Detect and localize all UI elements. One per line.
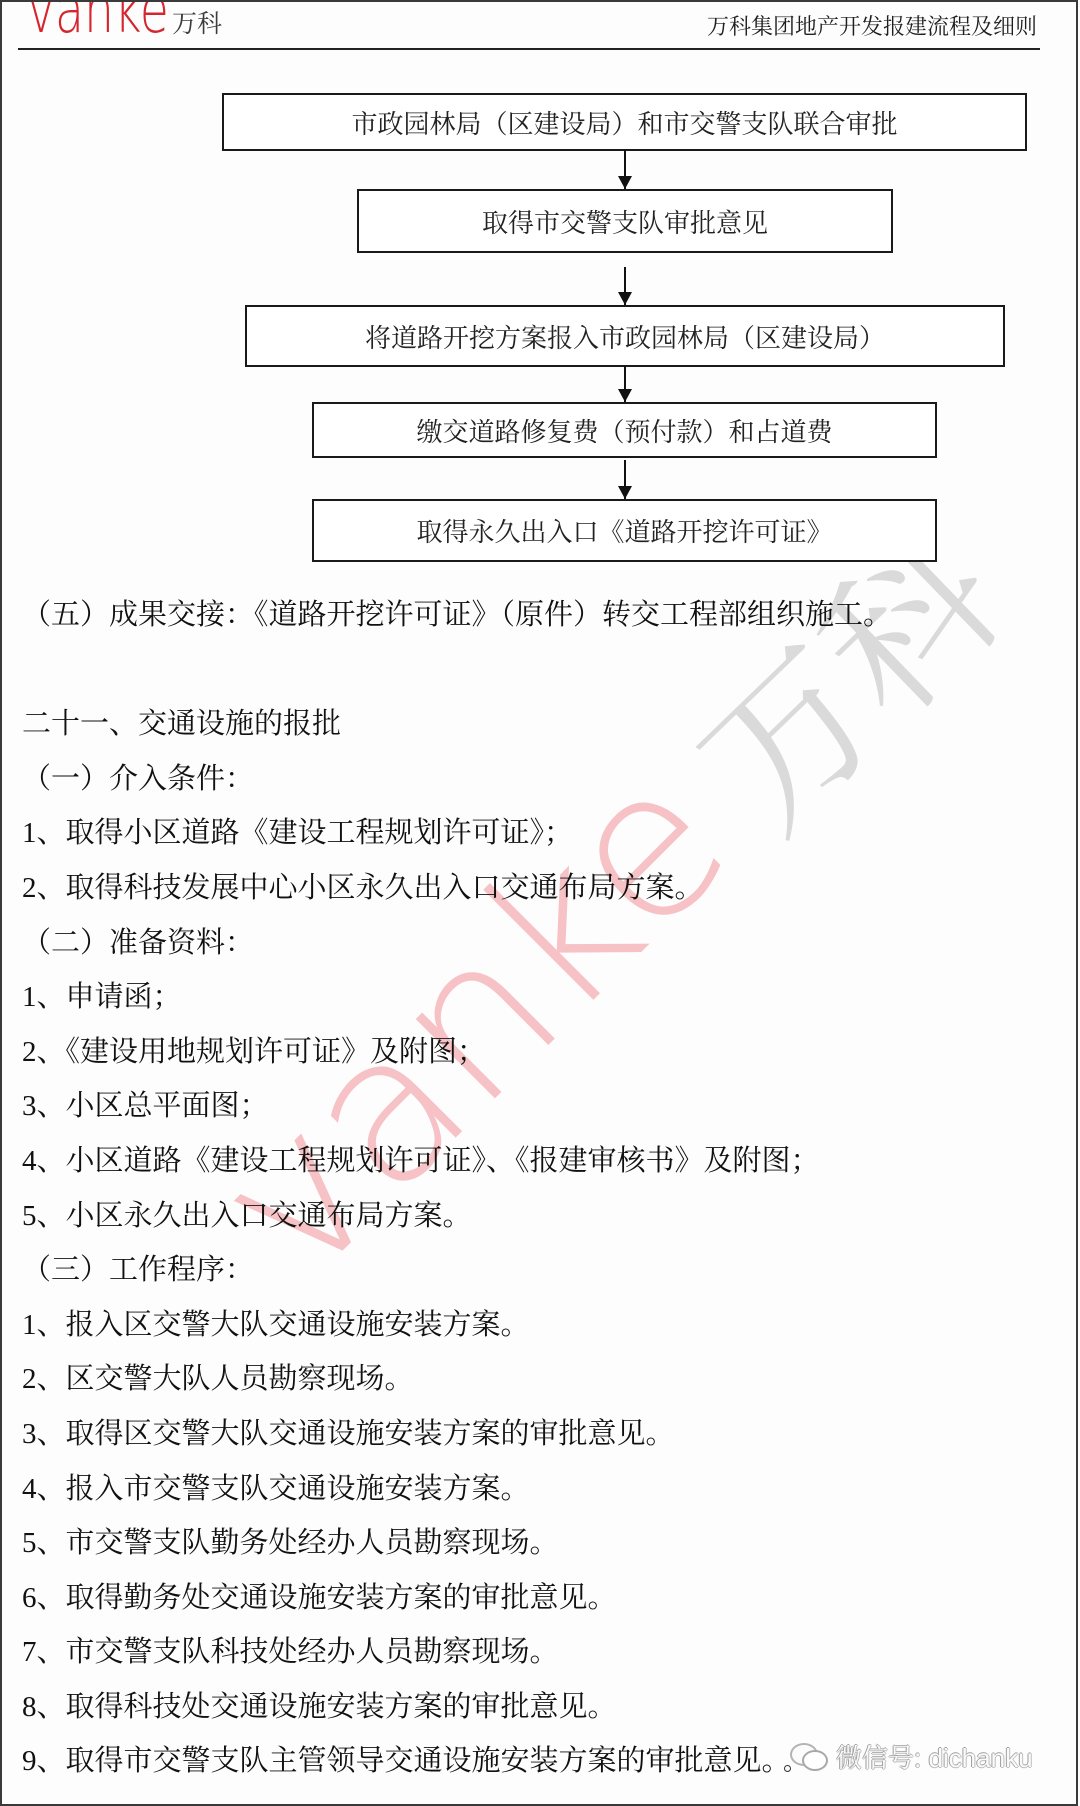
list-item: 3、小区总平面图； (22, 1079, 892, 1134)
subsection-heading: （一）介入条件： (22, 752, 892, 807)
list-item: 1、报入区交警大队交通设施安装方案。 (22, 1298, 892, 1353)
flow-step-4: 缴交道路修复费（预付款）和占道费 (312, 402, 937, 458)
document-page: vanke 万科 vanke 万科 万科集团地产开发报建流程及细则 市政园林局（… (0, 0, 1080, 1806)
list-item: 7、市交警支队科技处经办人员勘察现场。 (22, 1625, 892, 1680)
arrow-down-icon (624, 150, 626, 189)
arrow-down-icon (624, 460, 626, 499)
flow-step-3: 将道路开挖方案报入市政园林局（区建设局） (245, 305, 1005, 367)
body-text: （五）成果交接：《道路开挖许可证》（原件）转交工程部组织施工。 二十一、交通设施… (22, 588, 892, 1789)
flow-step-5: 取得永久出入口《道路开挖许可证》 (312, 499, 937, 562)
arrow-down-icon (624, 267, 626, 305)
flow-step-1: 市政园林局（区建设局）和市交警支队联合审批 (222, 93, 1027, 151)
list-item: 2、区交警大队人员勘察现场。 (22, 1352, 892, 1407)
list-item: 2、《建设用地规划许可证》及附图； (22, 1025, 892, 1080)
list-item: 2、取得科技发展中心小区永久出入口交通布局方案。 (22, 861, 892, 916)
flow-step-label: 市政园林局（区建设局）和市交警支队联合审批 (351, 104, 897, 141)
subsection-heading: （三）工作程序： (22, 1243, 892, 1298)
list-item: 4、小区道路《建设工程规划许可证》、《报建审核书》及附图； (22, 1134, 892, 1189)
vanke-logo-cn: 万科 (172, 10, 222, 37)
document-title: 万科集团地产开发报建流程及细则 (707, 12, 1037, 42)
flow-step-label: 将道路开挖方案报入市政园林局（区建设局） (365, 318, 885, 355)
list-item: 9、取得市交警支队主管领导交通设施安装方案的审批意见。 (22, 1734, 892, 1789)
flow-step-label: 取得永久出入口《道路开挖许可证》 (416, 512, 832, 549)
list-item: 5、市交警支队勤务处经办人员勘察现场。 (22, 1516, 892, 1571)
blank-line (22, 643, 892, 698)
header-divider (18, 48, 1040, 50)
wechat-watermark: 微信号: dichanku (784, 1741, 1033, 1775)
list-item: 4、报入市交警支队交通设施安装方案。 (22, 1462, 892, 1517)
wechat-icon (784, 1741, 832, 1775)
vanke-logo: vanke (27, 0, 169, 43)
list-item: 1、申请函； (22, 970, 892, 1025)
flow-step-label: 缴交道路修复费（预付款）和占道费 (416, 412, 832, 449)
flow-step-label: 取得市交警支队审批意见 (482, 203, 768, 240)
list-item: 3、取得区交警大队交通设施安装方案的审批意见。 (22, 1407, 892, 1462)
section-heading: 二十一、交通设施的报批 (22, 697, 892, 752)
subsection-heading: （二）准备资料： (22, 916, 892, 971)
list-item: 6、取得勤务处交通设施安装方案的审批意见。 (22, 1571, 892, 1626)
list-item: 5、小区永久出入口交通布局方案。 (22, 1189, 892, 1244)
list-item: 1、取得小区道路《建设工程规划许可证》； (22, 806, 892, 861)
flow-step-2: 取得市交警支队审批意见 (357, 189, 893, 253)
arrow-down-icon (624, 366, 626, 402)
wechat-id-label: 微信号: dichanku (836, 1741, 1033, 1775)
list-item: 8、取得科技处交通设施安装方案的审批意见。 (22, 1680, 892, 1735)
subsection-heading: （五）成果交接：《道路开挖许可证》（原件）转交工程部组织施工。 (22, 588, 892, 643)
